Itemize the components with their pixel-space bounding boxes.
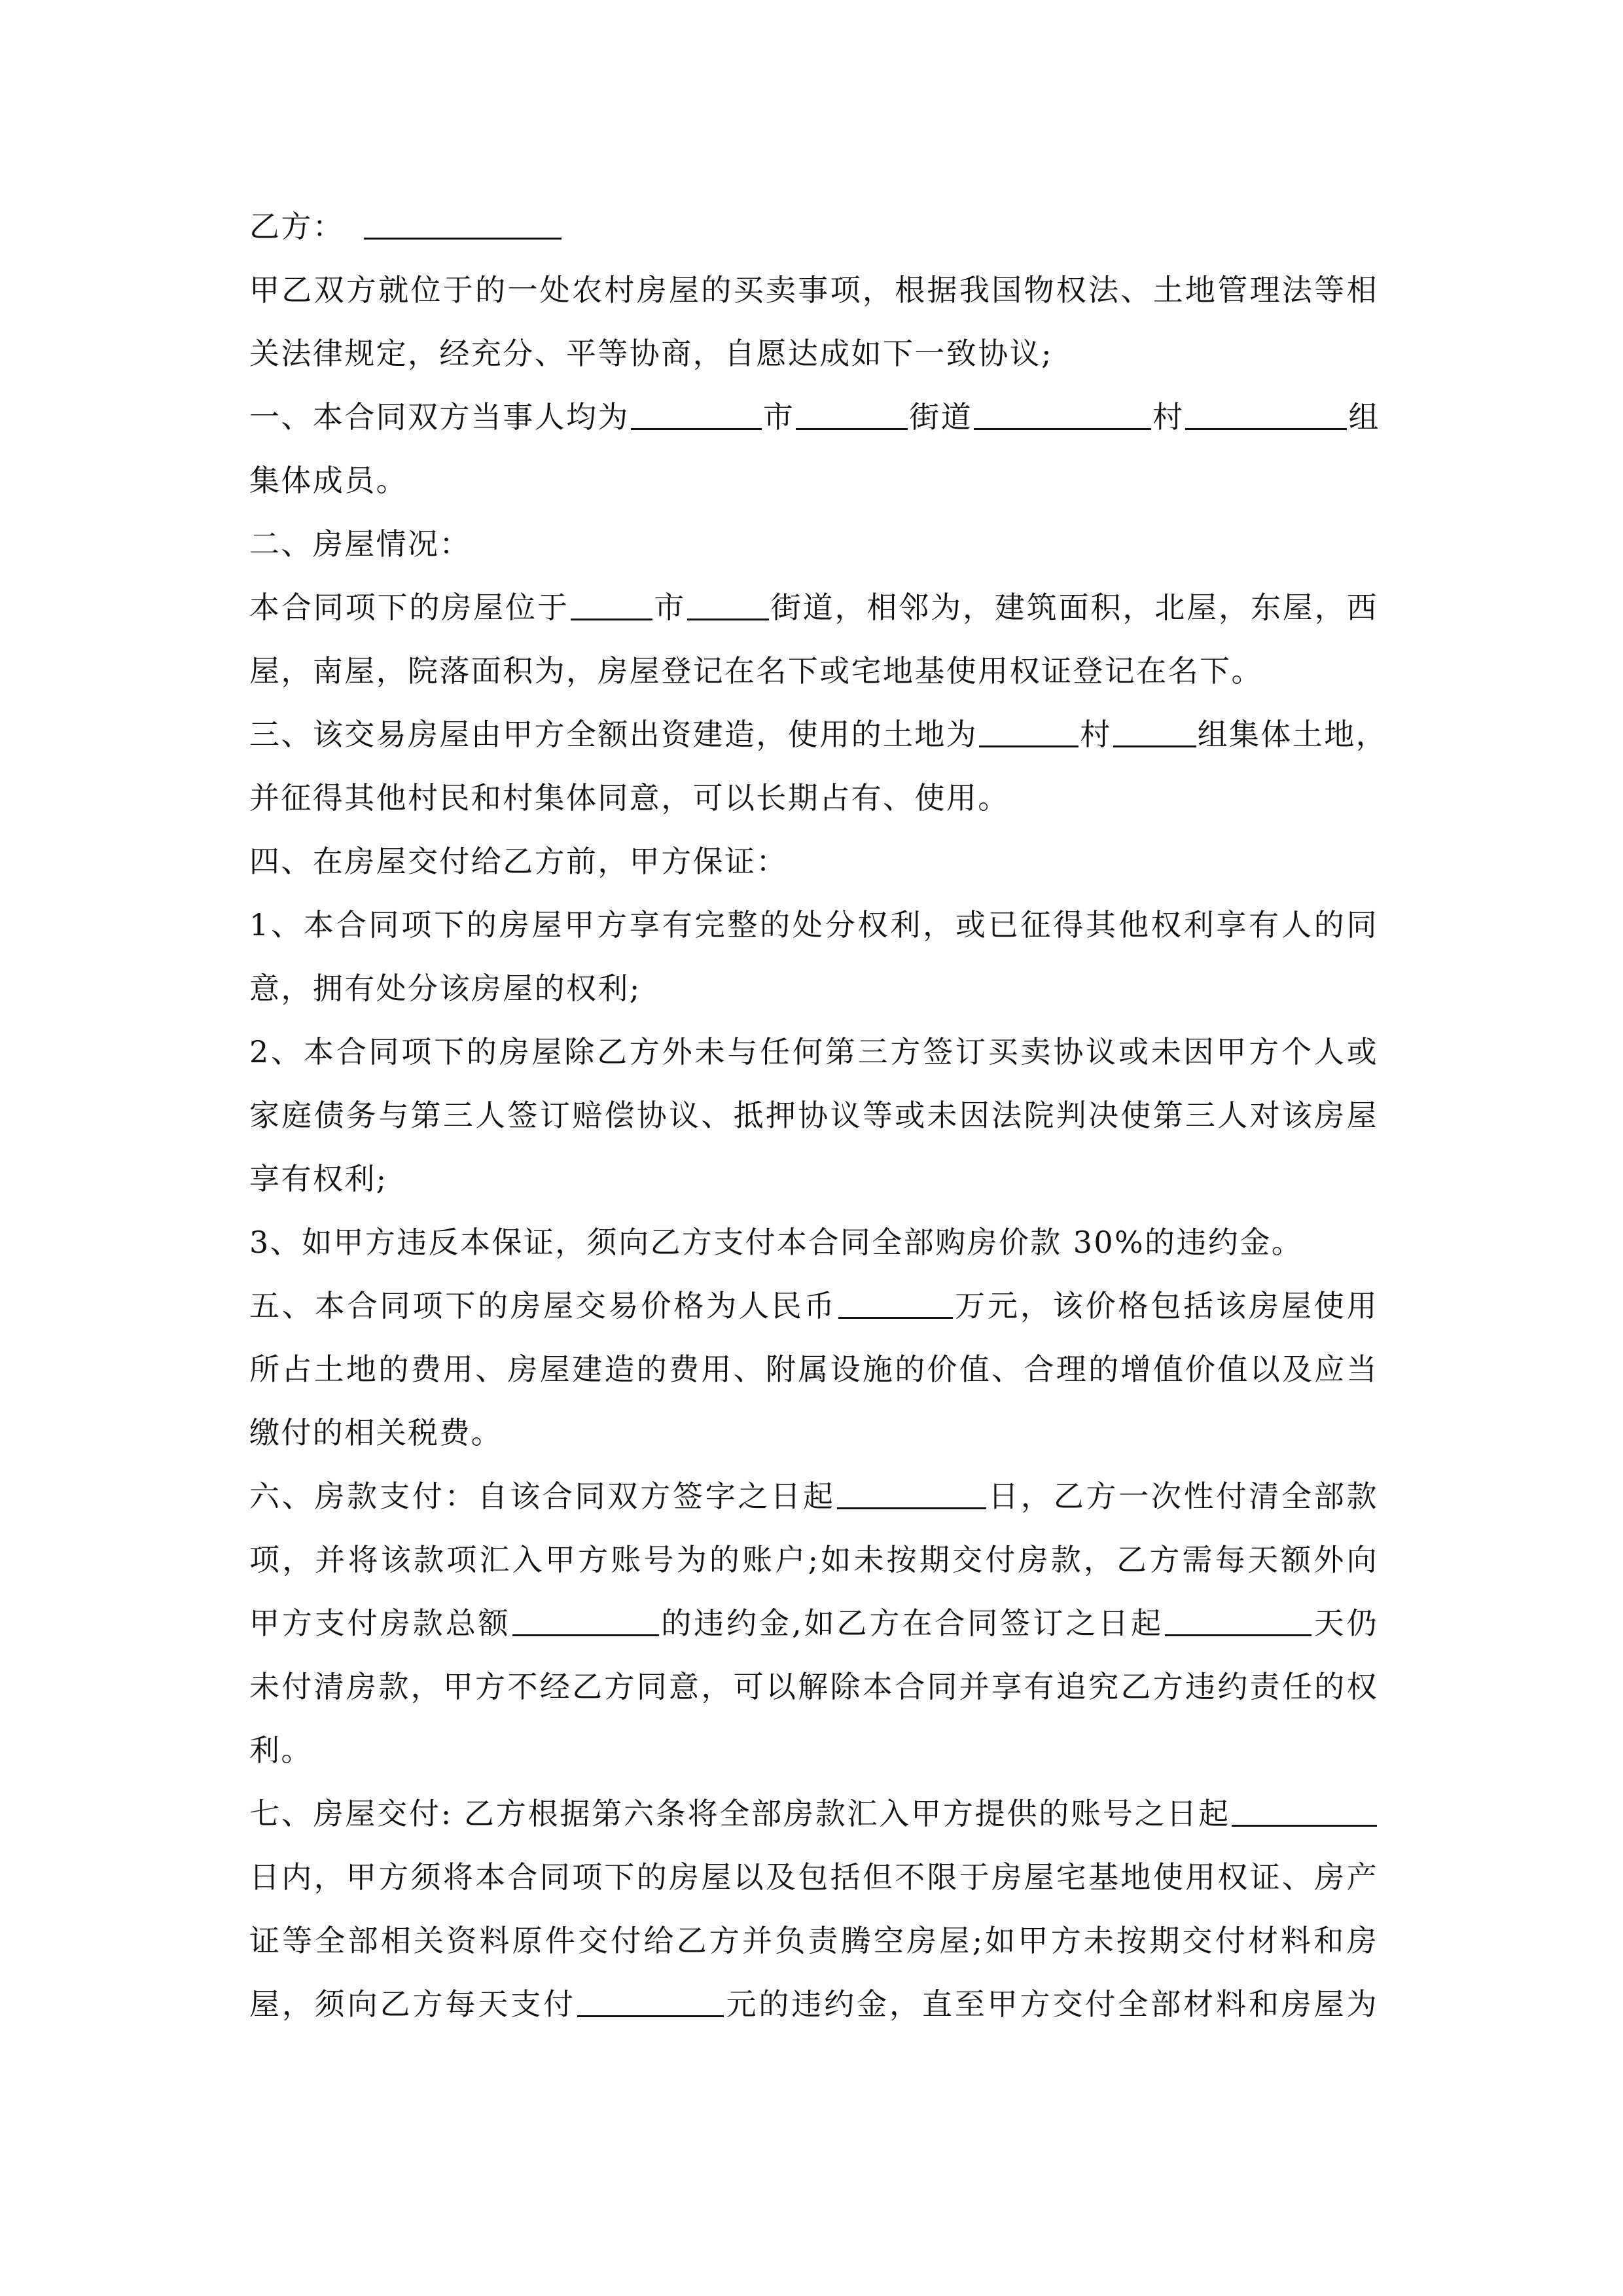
contract-text: 关法律规定，经充分、平等协商，自愿达成如下一致协议; [249, 336, 1053, 371]
fill-in-blank[interactable] [1185, 398, 1347, 430]
contract-text: 市 [763, 399, 794, 435]
contract-text: 五、本合同项下的房屋交易价格为人民币 [249, 1288, 837, 1323]
contract-line-clause-2-2: 屋，南屋，院落面积为，房屋登记在名下或宅地基使用权证登记在名下。 [249, 652, 1382, 715]
contract-text: 一、本合同双方当事人均为 [249, 399, 630, 435]
fill-in-blank[interactable] [577, 1985, 724, 2017]
contract-text: 街道 [909, 399, 972, 435]
contract-text: 3、如甲方违反本保证，须向乙方支付本合同全部购房价款 30%的违约金。 [249, 1225, 1303, 1260]
contract-text: 2、本合同项下的房屋除乙方外未与任何第三方签订买卖协议或未因甲方个人或 [249, 1034, 1378, 1069]
contract-text: 家庭债务与第三人签订赔偿协议、抵押协议等或未因法院判决使第三人对该房屋 [249, 1098, 1378, 1133]
contract-text: 屋，须向乙方每天支付 [249, 1986, 576, 2022]
contract-text: 利。 [249, 1732, 313, 1768]
fill-in-blank[interactable] [796, 398, 908, 430]
contract-line-clause-6-3: 甲方支付房款总额的违约金,如乙方在合同签订之日起天仍 [249, 1604, 1378, 1668]
contract-line-preamble-2: 关法律规定，经充分、平等协商，自愿达成如下一致协议; [249, 334, 1382, 398]
fill-in-blank[interactable] [687, 588, 769, 620]
fill-in-blank[interactable] [1165, 1604, 1311, 1636]
contract-line-clause-6-2: 项，并将该款项汇入甲方账号为的账户;如未按期交付房款，乙方需每天额外向 [249, 1541, 1378, 1604]
contract-line-clause-6-4: 未付清房款，甲方不经乙方同意，可以解除本合同并享有追究乙方违约责任的权 [249, 1668, 1378, 1731]
contract-text: 三、该交易房屋由甲方全额出资建造，使用的土地为 [249, 717, 978, 752]
contract-line-preamble-1: 甲乙双方就位于的一处农村房屋的买卖事项，根据我国物权法、土地管理法等相 [249, 271, 1378, 334]
fill-in-blank[interactable] [1113, 715, 1196, 747]
contract-text: 市 [654, 590, 686, 625]
contract-line-clause-1-2: 集体成员。 [249, 461, 1382, 525]
contract-text: 日，乙方一次性付清全部款 [988, 1479, 1378, 1514]
contract-line-clause-6-5: 利。 [249, 1731, 1382, 1795]
contract-text: 元的违约金，直至甲方交付全部材料和房屋为 [725, 1986, 1378, 2022]
contract-text: 享有权利; [249, 1161, 388, 1196]
contract-line-clause-4-3: 3、如甲方违反本保证，须向乙方支付本合同全部购房价款 30%的违约金。 [249, 1223, 1382, 1287]
contract-text: 街道，相邻为，建筑面积，北屋，东屋，西 [770, 590, 1378, 625]
contract-line-clause-7-3: 证等全部相关资料原件交付给乙方并负责腾空房屋;如甲方未按期交付材料和房 [249, 1922, 1378, 1985]
contract-text: 村 [1152, 399, 1184, 435]
contract-text: 项，并将该款项汇入甲方账号为的账户;如未按期交付房款，乙方需每天额外向 [249, 1542, 1378, 1577]
contract-text: 组集体土地， [1198, 717, 1387, 752]
contract-line-clause-2-title: 二、房屋情况： [249, 525, 1382, 588]
contract-text: 七、房屋交付: 乙方根据第六条将全部房款汇入甲方提供的账号之日起 [249, 1796, 1230, 1831]
contract-line-clause-4-2a: 2、本合同项下的房屋除乙方外未与任何第三方签订买卖协议或未因甲方个人或 [249, 1033, 1378, 1096]
contract-text: 组 [1348, 399, 1380, 435]
contract-line-clause-6-1: 六、房款支付：自该合同双方签字之日起日，乙方一次性付清全部款 [249, 1477, 1378, 1541]
fill-in-blank[interactable] [837, 1477, 986, 1509]
contract-line-clause-4-2b: 家庭债务与第三人签订赔偿协议、抵押协议等或未因法院判决使第三人对该房屋 [249, 1096, 1378, 1160]
contract-text: 本合同项下的房屋位于 [249, 590, 569, 625]
contract-text: 的违约金,如乙方在合同签订之日起 [660, 1605, 1164, 1641]
contract-line-party-b: 乙方： [249, 207, 1382, 271]
contract-text: 集体成员。 [249, 463, 408, 498]
fill-in-blank[interactable] [512, 1604, 659, 1636]
contract-line-clause-5-3: 缴付的相关税费。 [249, 1414, 1382, 1477]
contract-line-clause-7-2: 日内，甲方须将本合同项下的房屋以及包括但不限于房屋宅基地使用权证、房产 [249, 1858, 1378, 1922]
contract-text: 屋，南屋，院落面积为，房屋登记在名下或宅地基使用权证登记在名下。 [249, 653, 1263, 689]
contract-text: 乙方： [249, 209, 344, 244]
fill-in-blank[interactable] [974, 398, 1151, 430]
contract-text: 1、本合同项下的房屋甲方享有完整的处分权利，或已征得其他权利享有人的同 [249, 907, 1378, 942]
contract-line-clause-5-2: 所占土地的费用、房屋建造的费用、附属设施的价值、合理的增值价值以及应当 [249, 1350, 1378, 1414]
contract-text: 二、房屋情况： [249, 526, 471, 562]
contract-line-clause-2-1: 本合同项下的房屋位于市街道，相邻为，建筑面积，北屋，东屋，西 [249, 588, 1378, 652]
contract-line-clause-7-4: 屋，须向乙方每天支付元的违约金，直至甲方交付全部材料和房屋为 [249, 1985, 1378, 2049]
contract-text: 四、在房屋交付给乙方前，甲方保证： [249, 844, 788, 879]
contract-line-clause-3-1: 三、该交易房屋由甲方全额出资建造，使用的土地为村组集体土地， [249, 715, 1378, 779]
contract-text: 缴付的相关税费。 [249, 1415, 503, 1450]
contract-text: 甲方支付房款总额 [249, 1605, 511, 1641]
contract-text: 证等全部相关资料原件交付给乙方并负责腾空房屋;如甲方未按期交付材料和房 [249, 1923, 1378, 1958]
contract-body: 乙方：甲乙双方就位于的一处农村房屋的买卖事项，根据我国物权法、土地管理法等相关法… [249, 207, 1382, 2049]
contract-line-clause-4-1a: 1、本合同项下的房屋甲方享有完整的处分权利，或已征得其他权利享有人的同 [249, 906, 1378, 969]
fill-in-blank[interactable] [838, 1287, 953, 1319]
contract-text: 六、房款支付：自该合同双方签字之日起 [249, 1479, 836, 1514]
contract-text: 未付清房款，甲方不经乙方同意，可以解除本合同并享有追究乙方违约责任的权 [249, 1669, 1378, 1704]
contract-line-clause-1-1: 一、本合同双方当事人均为市街道村组 [249, 398, 1378, 461]
fill-in-blank[interactable] [979, 715, 1079, 747]
fill-in-blank[interactable] [1232, 1795, 1377, 1827]
contract-line-clause-5-1: 五、本合同项下的房屋交易价格为人民币万元，该价格包括该房屋使用 [249, 1287, 1378, 1350]
contract-text: 意，拥有处分该房屋的权利; [249, 971, 641, 1006]
contract-line-clause-4-1b: 意，拥有处分该房屋的权利; [249, 969, 1382, 1033]
contract-text: 所占土地的费用、房屋建造的费用、附属设施的价值、合理的增值价值以及应当 [249, 1352, 1378, 1387]
contract-text: 万元，该价格包括该房屋使用 [954, 1288, 1378, 1323]
fill-in-blank[interactable] [364, 207, 562, 240]
fill-in-blank[interactable] [571, 588, 652, 620]
contract-text: 村 [1080, 717, 1111, 752]
contract-text: 并征得其他村民和村集体同意，可以长期占有、使用。 [249, 780, 1010, 816]
contract-line-clause-3-2: 并征得其他村民和村集体同意，可以长期占有、使用。 [249, 779, 1382, 842]
contract-line-clause-4-2c: 享有权利; [249, 1160, 1382, 1223]
contract-text: 天仍 [1313, 1605, 1378, 1641]
contract-text: 甲乙双方就位于的一处农村房屋的买卖事项，根据我国物权法、土地管理法等相 [249, 272, 1378, 308]
contract-text: 日内，甲方须将本合同项下的房屋以及包括但不限于房屋宅基地使用权证、房产 [249, 1859, 1378, 1895]
contract-line-clause-7-1: 七、房屋交付: 乙方根据第六条将全部房款汇入甲方提供的账号之日起 [249, 1795, 1378, 1858]
document-page: 乙方：甲乙双方就位于的一处农村房屋的买卖事项，根据我国物权法、土地管理法等相关法… [0, 0, 1623, 2296]
contract-line-clause-4-title: 四、在房屋交付给乙方前，甲方保证： [249, 842, 1382, 906]
fill-in-blank[interactable] [631, 398, 762, 430]
